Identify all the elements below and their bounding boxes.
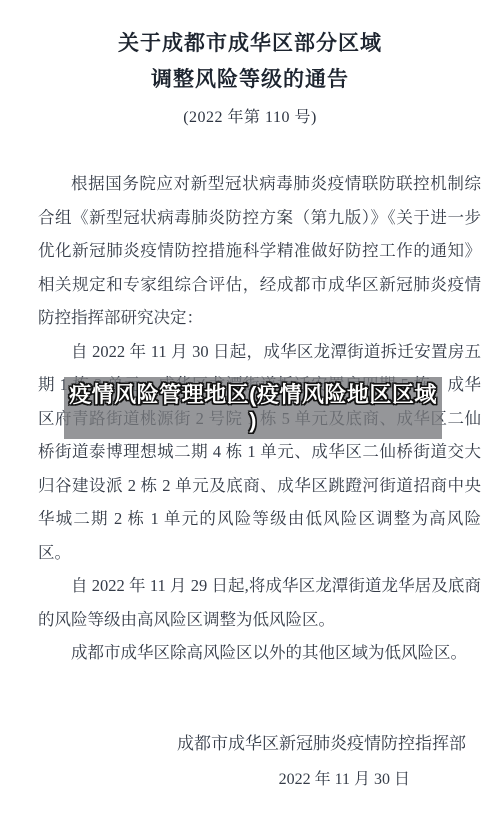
paragraph-high-risk-adjustment: 自 2022 年 11 月 30 日起，成华区龙潭街道拆迁安置房五期 1 栋 2… — [38, 335, 481, 570]
notice-footer: 成都市成华区新冠肺炎疫情防控指挥部 2022 年 11 月 30 日 — [0, 726, 500, 798]
notice-title-line2: 调整风险等级的通告 — [0, 62, 500, 98]
issuing-authority: 成都市成华区新冠肺炎疫情防控指挥部 — [0, 726, 500, 762]
title-block: 关于成都市成华区部分区域 调整风险等级的通告 (2022 年第 110 号) — [0, 0, 500, 129]
paragraph-low-risk-adjustment: 自 2022 年 11 月 29 日起,将成华区龙潭街道龙华居及底商的风险等级由… — [38, 569, 481, 636]
paragraph-basis: 根据国务院应对新型冠状病毒肺炎疫情联防联控机制综合组《新型冠状病毒肺炎防控方案（… — [38, 167, 481, 335]
doc-number: (2022 年第 110 号) — [0, 107, 500, 129]
risk-area-caption-overlay: 疫情风险管理地区(疫情风险地区区域 ) — [64, 377, 442, 439]
notice-document: 关于成都市成华区部分区域 调整风险等级的通告 (2022 年第 110 号) 根… — [0, 0, 500, 815]
caption-text-line1: 疫情风险管理地区(疫情风险地区区域 — [69, 382, 437, 408]
issue-date: 2022 年 11 月 30 日 — [0, 762, 500, 798]
paragraph-other-areas: 成都市成华区除高风险区以外的其他区域为低风险区。 — [38, 636, 481, 670]
caption-text-line2: ) — [249, 408, 257, 434]
notice-title-line1: 关于成都市成华区部分区域 — [0, 26, 500, 62]
